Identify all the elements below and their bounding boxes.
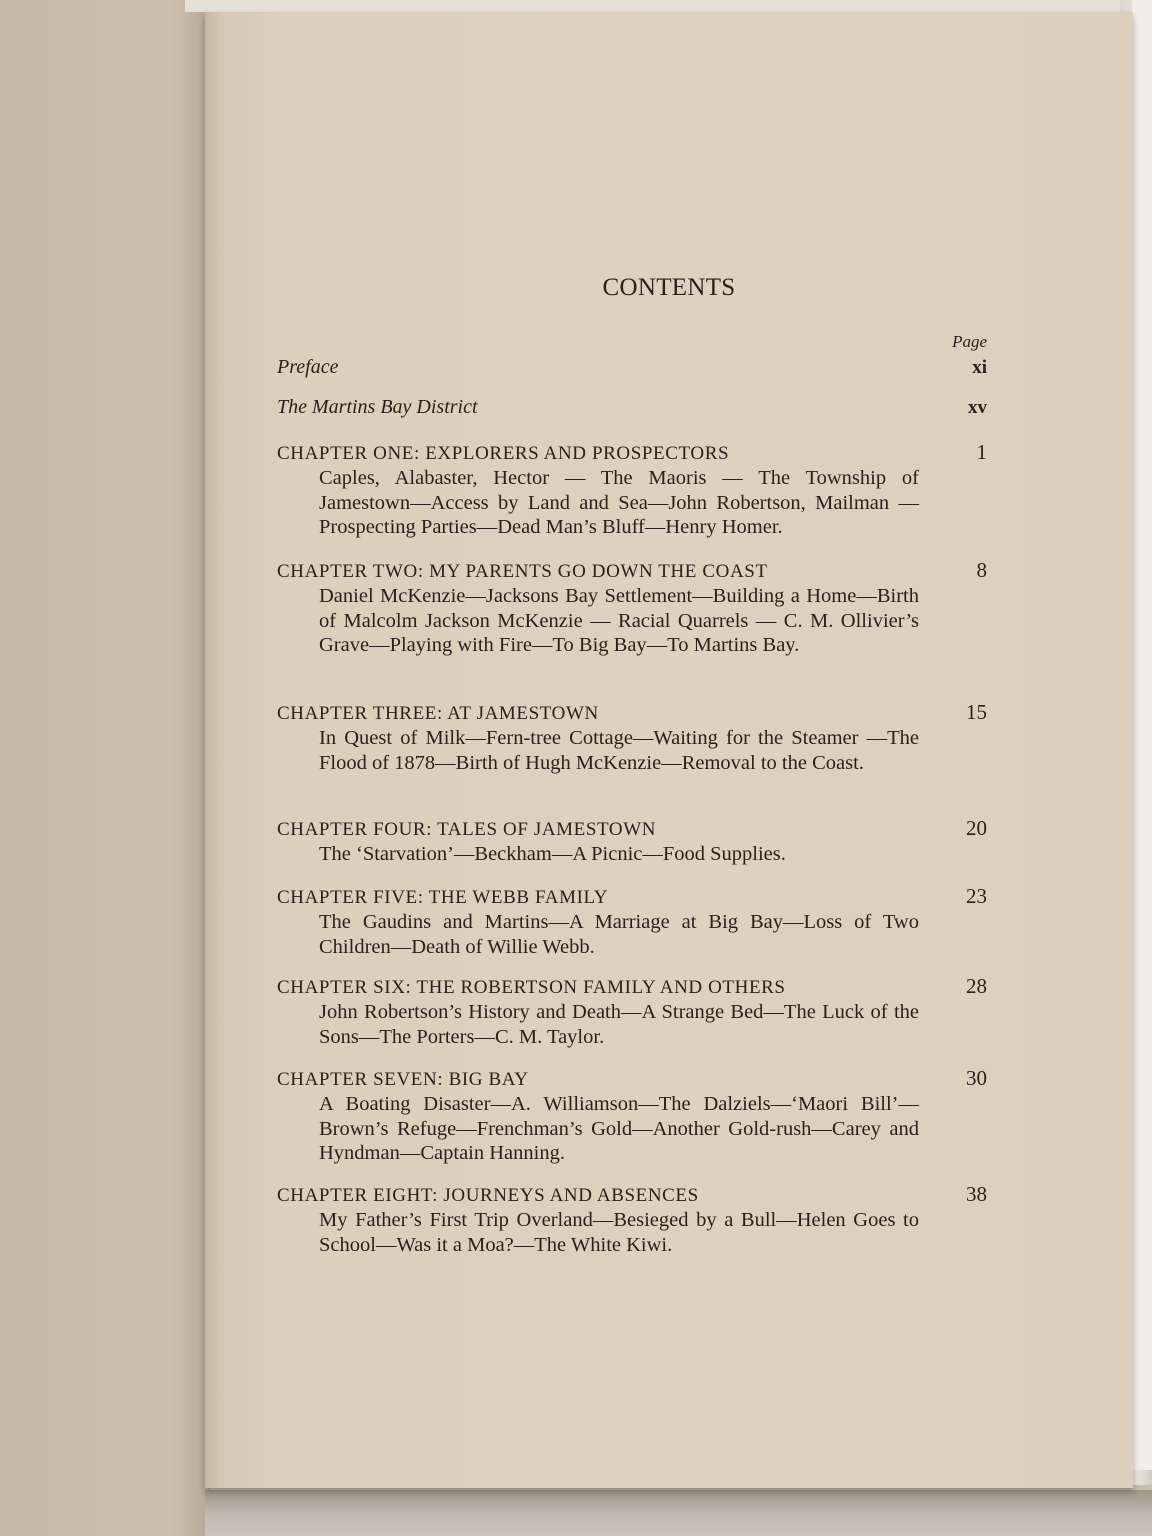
toc-chapter-8: CHAPTER EIGHT: JOURNEYS AND ABSENCES 38 … xyxy=(277,1182,987,1257)
toc-chapter-4: CHAPTER FOUR: TALES OF JAMESTOWN 20 The … xyxy=(277,816,987,867)
page-title: CONTENTS xyxy=(205,274,1133,302)
chapter-heading: CHAPTER EIGHT: JOURNEYS AND ABSENCES xyxy=(277,1185,699,1207)
chapter-page-number: 30 xyxy=(966,1066,987,1091)
chapter-page-number: 8 xyxy=(977,558,988,583)
chapter-heading: CHAPTER ONE: EXPLORERS AND PROSPECTORS xyxy=(277,443,729,465)
chapter-summary: John Robertson’s History and Death—A Str… xyxy=(319,1000,919,1049)
toc-chapter-6: CHAPTER SIX: THE ROBERTSON FAMILY AND OT… xyxy=(277,974,987,1049)
toc-entry-martins-bay-district: The Martins Bay District xv xyxy=(277,396,987,419)
chapter-summary: Daniel McKenzie—Jacksons Bay Settlement—… xyxy=(319,584,919,658)
toc-chapter-5: CHAPTER FIVE: THE WEBB FAMILY 23 The Gau… xyxy=(277,884,987,959)
chapter-summary: A Boating Disaster—A. Williamson—The Dal… xyxy=(319,1092,919,1166)
chapter-page-number: 1 xyxy=(977,440,988,465)
chapter-summary: The ‘Starvation’—Beckham—A Picnic—Food S… xyxy=(319,842,919,867)
chapter-summary: My Father’s First Trip Overland—Besieged… xyxy=(319,1208,919,1257)
cover-edge-outer xyxy=(1132,0,1152,1470)
chapter-heading: CHAPTER FOUR: TALES OF JAMESTOWN xyxy=(277,819,656,841)
entry-page-number: xi xyxy=(972,357,987,379)
toc-chapter-1: CHAPTER ONE: EXPLORERS AND PROSPECTORS 1… xyxy=(277,440,987,540)
facing-page-left xyxy=(0,0,205,1536)
chapter-heading: CHAPTER SEVEN: BIG BAY xyxy=(277,1069,529,1091)
chapter-heading: CHAPTER TWO: MY PARENTS GO DOWN THE COAS… xyxy=(277,561,768,583)
chapter-heading: CHAPTER FIVE: THE WEBB FAMILY xyxy=(277,887,608,909)
chapter-page-number: 15 xyxy=(966,700,987,725)
chapter-page-number: 38 xyxy=(966,1182,987,1207)
contents-page: CONTENTS Page Preface xi The Martins Bay… xyxy=(205,12,1133,1488)
chapter-page-number: 20 xyxy=(966,816,987,841)
chapter-heading: CHAPTER SIX: THE ROBERTSON FAMILY AND OT… xyxy=(277,977,786,999)
chapter-heading: CHAPTER THREE: AT JAMESTOWN xyxy=(277,703,599,725)
page-column-label: Page xyxy=(947,332,987,352)
entry-page-number: xv xyxy=(968,397,987,419)
toc-chapter-3: CHAPTER THREE: AT JAMESTOWN 15 In Quest … xyxy=(277,700,987,775)
chapter-summary: The Gaudins and Martins—A Marriage at Bi… xyxy=(319,910,919,959)
chapter-page-number: 28 xyxy=(966,974,987,999)
toc-entry-preface: Preface xi xyxy=(277,356,987,379)
surface-below-page xyxy=(205,1490,1152,1536)
chapter-page-number: 23 xyxy=(966,884,987,909)
chapter-summary: Caples, Alabaster, Hector — The Maoris —… xyxy=(319,466,919,540)
chapter-summary: In Quest of Milk—Fern-tree Cottage—Waiti… xyxy=(319,726,919,775)
page-stack-top-edge xyxy=(185,0,1152,12)
toc-chapter-7: CHAPTER SEVEN: BIG BAY 30 A Boating Disa… xyxy=(277,1066,987,1166)
toc-chapter-2: CHAPTER TWO: MY PARENTS GO DOWN THE COAS… xyxy=(277,558,987,658)
entry-title: The Martins Bay District xyxy=(277,396,478,419)
entry-title: Preface xyxy=(277,356,338,379)
